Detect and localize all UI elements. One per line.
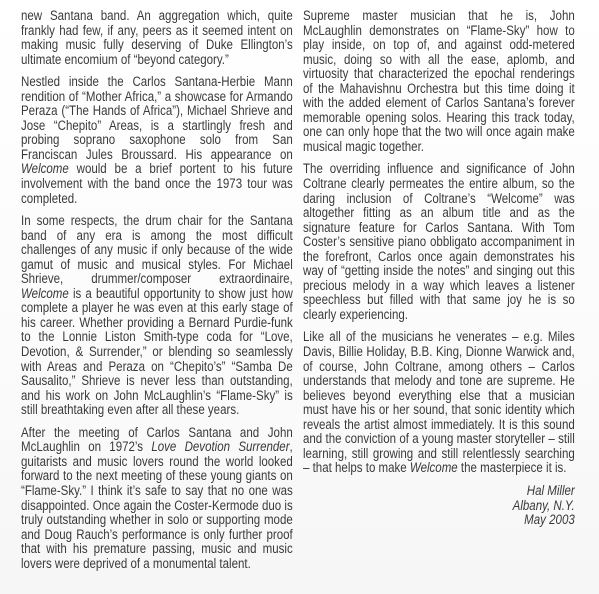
text-run: Nestled inside the Carlos Santana-Herbie… (21, 74, 293, 162)
signature-author: Hal Miller (303, 484, 575, 499)
paragraph: Nestled inside the Carlos Santana-Herbie… (21, 75, 293, 206)
paragraph: The overriding influence and significanc… (303, 162, 575, 322)
text-run: the masterpiece it is. (458, 460, 567, 475)
right-column: Supreme master musician that he is, John… (303, 9, 575, 528)
paragraph: After the meeting of Carlos Santana and … (21, 426, 293, 571)
liner-notes-page: new Santana band. An aggregation which, … (0, 0, 599, 594)
paragraph: Like all of the musicians he venerates –… (303, 330, 575, 475)
signature-location: Albany, N.Y. (303, 499, 575, 514)
album-title-italic: Welcome (21, 161, 69, 176)
left-column: new Santana band. An aggregation which, … (21, 9, 293, 579)
paragraph: Supreme master musician that he is, John… (303, 9, 575, 154)
paragraph: new Santana band. An aggregation which, … (21, 9, 293, 67)
signature-date: May 2003 (303, 513, 575, 528)
album-title-italic: Welcome (21, 286, 69, 301)
album-title-italic: Love Devotion Surrender (151, 439, 289, 454)
paragraph: In some respects, the drum chair for the… (21, 214, 293, 418)
text-run: In some respects, the drum chair for the… (21, 213, 293, 286)
signature-block: Hal Miller Albany, N.Y. May 2003 (303, 484, 575, 528)
text-run: Like all of the musicians he venerates –… (303, 329, 575, 475)
text-run: , guitarists and music lovers round the … (21, 439, 293, 570)
text-run: is a beautiful opportunity to show just … (21, 286, 293, 417)
album-title-italic: Welcome (410, 460, 458, 475)
